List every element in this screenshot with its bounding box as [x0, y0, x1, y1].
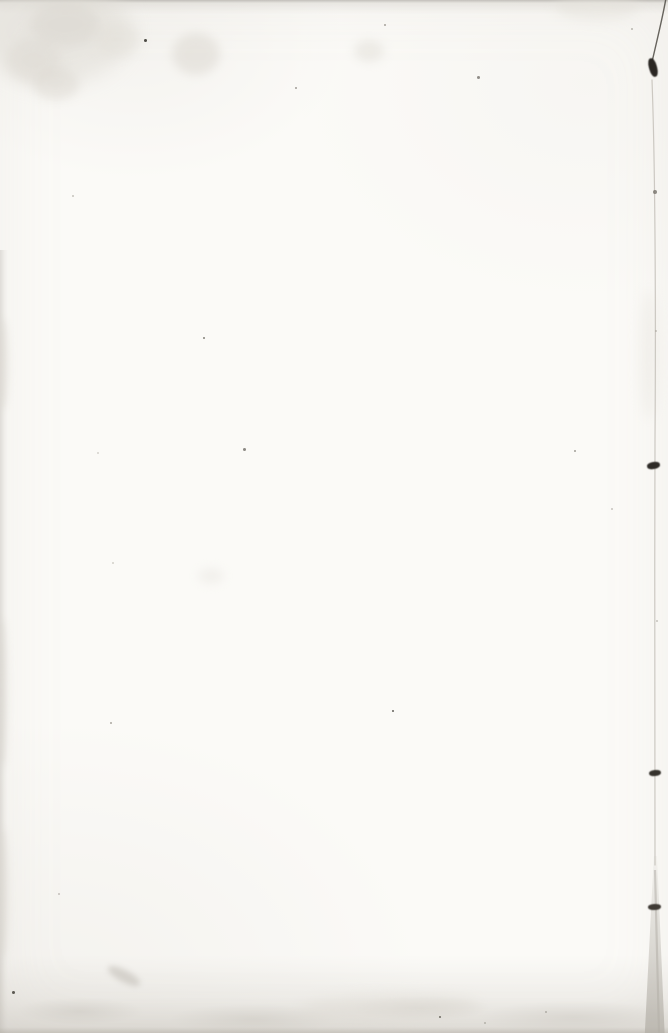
paper-stain — [30, 2, 100, 47]
binding-thread — [0, 0, 668, 1033]
ink-speck — [203, 337, 205, 339]
paper-stain — [0, 618, 7, 768]
paper-stain — [172, 33, 220, 75]
paper-stain — [0, 828, 8, 960]
paper-stain — [105, 962, 142, 989]
ink-speck — [484, 1022, 486, 1024]
top-edge-scan-shadow — [0, 0, 668, 14]
left-edge-scan-streak — [0, 250, 8, 1033]
paper-stain — [95, 22, 140, 57]
ink-speck — [574, 450, 576, 452]
ink-speck — [656, 620, 658, 622]
ink-speck — [631, 28, 633, 30]
paper-stain — [300, 992, 481, 1024]
binding-stitch-mark — [649, 769, 662, 776]
ink-speck — [545, 1011, 547, 1013]
ink-speck — [112, 562, 114, 564]
paper-stain — [198, 568, 224, 584]
binding-stitch-mark — [646, 461, 660, 470]
paper-stain — [33, 68, 79, 100]
binding-shadow-core — [655, 870, 659, 1033]
paper-stain — [354, 40, 384, 62]
bottom-edge-dark-strip — [0, 1027, 668, 1033]
binding-stitch-mark — [647, 57, 660, 77]
paper-stain — [6, 38, 61, 83]
ink-speck — [611, 508, 613, 510]
ink-speck — [439, 1016, 441, 1018]
paper-stain — [640, 290, 658, 420]
ink-speck — [144, 39, 147, 42]
ink-speck — [384, 24, 386, 26]
ink-speck — [655, 330, 657, 332]
ink-speck — [477, 76, 480, 79]
ink-speck — [110, 722, 112, 724]
bottom-edge-scan-shadow — [0, 955, 668, 1033]
ink-speck — [97, 452, 99, 454]
paper-stain — [0, 318, 8, 410]
binding-stitch-mark — [648, 904, 661, 911]
ink-speck — [243, 448, 246, 451]
ink-speck — [653, 190, 657, 194]
ink-speck — [392, 710, 394, 712]
ink-speck — [12, 991, 15, 994]
ink-speck — [295, 87, 297, 89]
ink-speck — [58, 893, 60, 895]
paper-stain — [0, 0, 130, 85]
scanned-blank-page — [0, 0, 668, 1033]
binding-thread-top-curve — [652, 0, 666, 62]
binding-shadow-wedge — [643, 856, 666, 1033]
binding-thread-line — [652, 80, 655, 865]
paper-stain — [555, 0, 640, 20]
ink-speck — [72, 195, 74, 197]
